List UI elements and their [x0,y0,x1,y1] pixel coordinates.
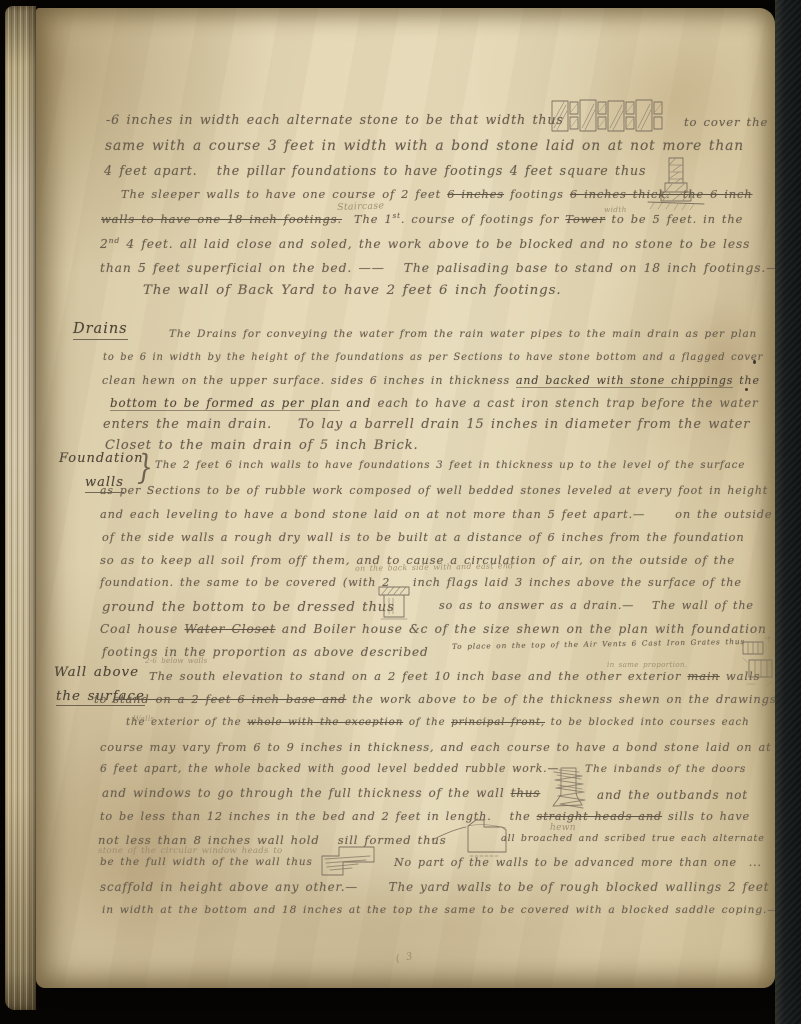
manuscript-line: 2nd 4 feet. all laid close and soled, th… [100,237,750,251]
text-segment: scaffold in height above any other.— The… [100,880,769,894]
text-segment: Tower [565,212,605,226]
text-segment: all broached and scribed true each alter… [501,833,765,844]
text-segment: each to have a cast iron stench trap bef… [377,396,758,410]
manuscript-line: scaffold in height above any other.— The… [100,881,769,895]
section-heading-wall-above-the-surface: Wall above [54,665,139,680]
page-stack-edges [5,6,36,1010]
text-segment: Wall above [54,665,139,680]
text-segment: so as to answer as a drain.— The wall of… [439,599,754,612]
manuscript-line: of the side walls a rough dry wall is to… [102,531,745,544]
manuscript-line: hewn [550,823,576,833]
text-segment: and Boiler house &c of the size shewn on… [276,622,767,636]
text-segment: course may vary from 6 to 9 inches in th… [100,741,772,754]
manuscript-line: Coal house Water Closet and Boiler house… [100,623,767,637]
manuscript-line: so as to answer as a drain.— The wall of… [439,600,754,613]
text-segment: and the outbands not [597,788,748,802]
manuscript-line: and windows to go through the full thick… [102,787,540,801]
text-segment: and each leveling to have a bond stone l… [100,508,772,521]
manuscript-line: The south elevation to stand on a 2 feet… [149,670,760,683]
text-segment: 6 feet apart, the whole backed with good… [100,762,559,775]
manuscript-line: to cover the [684,116,768,129]
text-segment: to be 6 in width by the height of the fo… [103,352,763,363]
manuscript-line: and each leveling to have a bond stone l… [100,508,772,521]
manuscript-line: to be 6 in width by the height of the fo… [103,352,763,363]
text-segment: as per Sections to be of rubble work com… [100,484,768,497]
text-segment: To place on the top of the Air Vents 6 C… [452,637,745,651]
manuscript-line: -6 inches in width each alternate stone … [106,113,564,127]
text-segment: The 1 [342,212,393,226]
manuscript-line: width [604,206,627,215]
manuscript-line: all broached and scribed true each alter… [501,834,765,845]
text-segment: same with a course 3 feet in width with … [105,138,744,154]
text-segment: to [94,692,113,706]
manuscript-line: clean hewn on the upper surface. sides 6… [102,375,760,388]
manuscript-line: to stand on a 2 feet 6 inch base and the… [94,693,777,706]
text-segment: The wall of Back Yard to have 2 feet 6 i… [143,283,562,298]
manuscript-line: The sleeper walls to have one course of … [121,188,753,201]
section-heading-drains: Drains [73,321,128,340]
text-segment: } [137,448,153,487]
manuscript-line: as per Sections to be of rubble work com… [100,485,768,498]
text-segment: Drains [73,321,128,337]
text-segment: 6 inches thick. the 6 inch [570,187,753,201]
text-segment: footings [504,187,570,201]
text-segment: the exterior of the [126,717,247,728]
text-segment: bottom to be formed as per plan [110,396,340,411]
manuscript-line: The inbands of the doors [585,763,746,775]
text-segment: No part of the walls to be advanced more… [394,856,762,869]
manuscript-line: on the back side with and east end [355,562,514,574]
text-segment: width [604,205,627,214]
manuscript-line: To place on the top of the Air Vents 6 C… [452,638,745,652]
text-segment: the work above to be of the thickness sh… [346,692,776,706]
text-segment: hewn [550,823,576,833]
text-segment: st [393,211,401,220]
manuscript-line: walls to have one 18 inch footings. The … [101,212,743,226]
manuscript-line: same with a course 3 feet in width with … [105,139,744,155]
manuscript-line: than 5 feet superficial on the bed. —— T… [100,261,779,275]
text-segment: 6 inches [447,187,504,201]
manuscript-line: enters the main drain. To lay a barrell … [103,418,750,433]
text-segment: 4 feet. all laid close and soled, the wo… [120,237,750,251]
text-segment: be the full width of the wall thus [100,856,313,868]
text-segment: The Drains for conveying the water from … [169,328,757,340]
manuscript-line: and the outbands not [597,789,748,803]
text-segment: in same proportion. [607,660,687,669]
text-segment: of the side walls a rough dry wall is to… [102,531,745,544]
manuscript-line: foundation. the same to be covered (with… [100,577,390,590]
text-segment: nd [109,236,121,245]
text-segment: thus [511,786,541,800]
text-segment: The 2 feet 6 inch walls to have foundati… [155,459,745,471]
section-heading-foundation-walls: Foundation [59,452,144,467]
text-segment: to cover the [684,115,768,129]
text-segment: to be less than 12 inches in the bed and… [100,810,537,823]
manuscript-line: be the full width of the wall thus [100,857,313,869]
manuscript-line: 4 feet apart. the pillar foundations to … [104,164,646,178]
text-segment: in width at the bottom and 18 inches at … [102,904,779,916]
text-segment: the [733,374,760,387]
manuscript-line: 2-6 below walls [145,657,208,665]
text-segment: principal front, [451,717,545,728]
manuscript-line: Staircase [337,201,385,213]
text-segment: whole with the exception [247,717,403,728]
manuscript-line: } [137,449,153,488]
text-segment: inch flags laid 3 inches above the surfa… [413,576,742,589]
manuscript-line: inch flags laid 3 inches above the surfa… [413,577,742,590]
text-segment: -6 inches in width each alternate stone … [106,112,564,127]
text-segment: The sleeper walls to have one course of … [121,187,447,201]
manuscript-line: The 2 feet 6 inch walls to have foundati… [155,460,745,472]
text-segment: 2 [100,237,109,251]
text-segment: sills to have [662,810,750,823]
text-segment: walls to have one 18 inch footings. [101,212,342,226]
text-segment: and [340,396,377,410]
text-segment: ( 3 [395,951,414,965]
text-segment: The south elevation to stand on a 2 feet… [149,669,687,683]
text-segment: of the [403,717,451,728]
text-segment: foundation. the same to be covered (with… [100,576,390,589]
text-segment: . course of footings for [401,212,566,226]
book-cover-edge [775,0,801,1024]
text-segment: stone of the circular window heads to [98,846,283,856]
text-segment: ground the bottom to be dressed thus [102,600,395,615]
manuscript-line: No part of the walls to be advanced more… [394,857,762,870]
text-segment: Staircase [337,200,385,213]
text-segment: on the back side with and east end [355,561,514,573]
text-segment: than 5 feet superficial on the bed. —— T… [100,261,779,275]
text-segment: clean hewn on the upper surface. sides 6… [102,374,516,387]
text-segment: Water Closet [184,622,275,636]
text-segment: enters the main drain. To lay a barrell … [103,417,750,432]
text-segment: stand on a 2 feet 6 inch base and [113,692,346,706]
manuscript-line: bottom to be formed as per plan and each… [110,397,759,411]
manuscript-line: The wall of Back Yard to have 2 feet 6 i… [143,283,562,298]
text-segment: straight heads and [537,810,662,823]
manuscript-line: in width at the bottom and 18 inches at … [102,904,779,916]
text-segment: Coal house [100,622,184,636]
book-scan: -6 inches in width each alternate stone … [0,0,801,1024]
text-segment: walls [720,669,761,683]
manuscript-line: ( 3 [395,951,414,965]
manuscript-line: ground the bottom to be dressed thus [102,600,395,615]
text-segment: 4 feet apart. the pillar foundations to … [104,163,646,178]
manuscript-line: the exterior of the whole with the excep… [126,717,750,729]
text-segment: and backed with stone chippings [516,374,733,388]
text-segment: not less than 8 inches wall hold sill fo… [98,833,447,847]
manuscript-line: to be less than 12 inches in the bed and… [100,811,750,824]
text-segment: 2-6 below walls [145,657,208,665]
text-segment: and windows to go through the full thick… [102,786,511,800]
text-segment: main [687,669,719,683]
text-segment: to be blocked into courses each [545,717,750,728]
text-segment: The inbands of the doors [585,763,746,775]
manuscript-line: The Drains for conveying the water from … [169,329,757,341]
text-segment: Foundation [59,451,144,466]
manuscript-line: 6 feet apart, the whole backed with good… [100,763,559,775]
manuscript-text-layer: -6 inches in width each alternate stone … [0,0,801,1024]
manuscript-line: course may vary from 6 to 9 inches in th… [100,741,772,754]
